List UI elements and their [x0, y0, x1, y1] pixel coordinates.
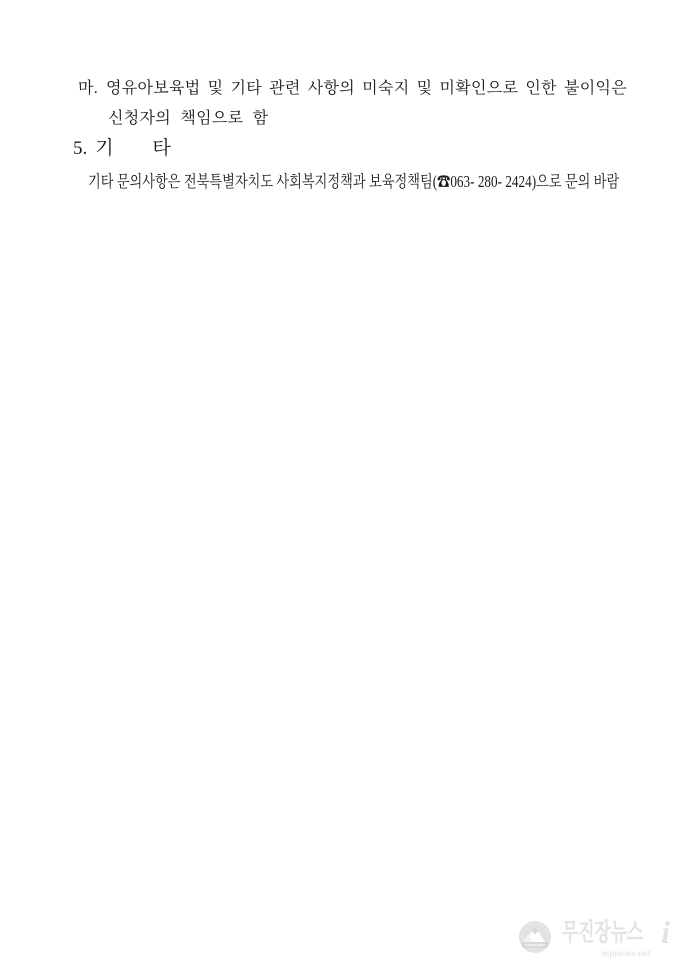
- mountain-circle-logo-icon: [518, 920, 552, 954]
- watermark-site-name: 무진장뉴스: [562, 920, 643, 946]
- news-site-watermark: 무진장뉴스 i mjjnews.net: [518, 917, 670, 957]
- section-title: 기 타: [95, 138, 170, 159]
- section-number: 5.: [73, 138, 87, 159]
- list-item-text-line1: 영유아보육법 및 기타 관련 사항의 미숙지 및 미확인으로 인한 불이익은: [106, 74, 627, 104]
- contact-info-line: 기타 문의사항은 전북특별자치도 사회복지정책과 보육정책팀(☎063- 280…: [88, 170, 618, 194]
- document-page: 마. 영유아보육법 및 기타 관련 사항의 미숙지 및 미확인으로 인한 불이익…: [0, 0, 680, 962]
- list-item-marker: 마.: [78, 74, 106, 104]
- list-item-text-line2: 신청자의 책임으로 함: [108, 104, 627, 134]
- list-item-ma-first-line: 마. 영유아보육법 및 기타 관련 사항의 미숙지 및 미확인으로 인한 불이익…: [78, 74, 627, 104]
- section-heading: 5.기 타: [73, 136, 171, 162]
- watermark-site-url: mjjnews.net: [602, 949, 651, 958]
- watermark-i-mark: i: [661, 915, 670, 949]
- list-item-ma: 마. 영유아보육법 및 기타 관련 사항의 미숙지 및 미확인으로 인한 불이익…: [78, 74, 627, 134]
